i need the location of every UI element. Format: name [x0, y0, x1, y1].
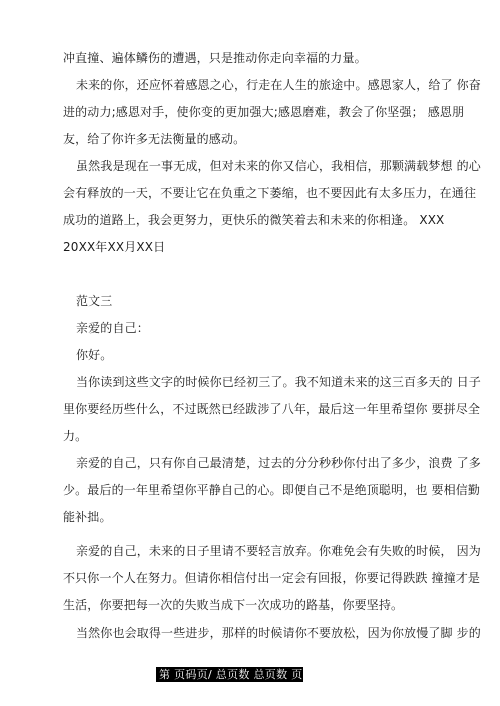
paragraph-line: 里你要经历些什么，不过既然已经跋涉了八年，最后这一年里希望你 要拼尽全: [63, 401, 437, 417]
paragraph-line: 冲直撞、遍体鳞伤的遭遇，只是推动你走向幸福的力量。: [63, 50, 437, 66]
signature-date: 20XX年XX月XX日: [63, 239, 437, 255]
page-number-footer: 第 页码页/ 总页数 总页数 页: [156, 667, 303, 682]
paragraph-line: 亲爱的自己，只有你自己最清楚，过去的分分秒秒你付出了多少，浪费 了多: [76, 455, 437, 471]
salutation: 亲爱的自己：: [76, 320, 437, 336]
greeting: 你好。: [76, 347, 437, 363]
paragraph-line: 友，给了你许多无法衡量的感动。: [63, 131, 437, 147]
paragraph-line: 未来的你，还应怀着感恩之心，行走在人生的旅途中。感恩家人，给了 你奋: [76, 77, 437, 93]
paragraph-line: 会有释放的一天，不要让它在负重之下萎缩，也不要因此有太多压力，在通往: [63, 185, 437, 201]
paragraph-line: 不只你一个人在努力。但请你相信付出一定会有回报，你要记得跌跌 撞撞才是: [63, 570, 437, 586]
document-page: 冲直撞、遍体鳞伤的遭遇，只是推动你走向幸福的力量。 未来的你，还应怀着感恩之心，…: [0, 0, 500, 706]
paragraph-line: 进的动力;感恩对手，使你变的更加强大;感恩磨难，教会了你坚强； 感恩朋: [63, 104, 437, 120]
paragraph-line: 力。: [63, 428, 437, 444]
paragraph-line: 当然你也会取得一些进步，那样的时候请你不要放松，因为你放慢了脚 步的: [76, 625, 437, 641]
paragraph-line: 少。最后的一年里希望你平静自己的心。即便自己不是绝顶聪明，也 要相信勤: [63, 482, 437, 498]
section-title: 范文三: [76, 293, 437, 309]
paragraph-line: 当你读到这些文字的时候你已经初三了。我不知道未来的这三百多天的 日子: [76, 374, 437, 390]
paragraph-line: 亲爱的自己，未来的日子里请不要轻言放弃。你难免会有失败的时候， 因为: [76, 543, 437, 559]
paragraph-line: 能补拙。: [63, 509, 437, 525]
paragraph-line: 成功的道路上，我会更努力，更快乐的微笑着去和未来的你相逢。 XXX: [63, 212, 437, 228]
paragraph-line: 生活，你要把每一次的失败当成下一次成功的路基，你要坚持。: [63, 597, 437, 613]
paragraph-line: 虽然我是现在一事无成，但对未来的你又信心，我相信，那颗满载梦想 的心: [76, 158, 437, 174]
